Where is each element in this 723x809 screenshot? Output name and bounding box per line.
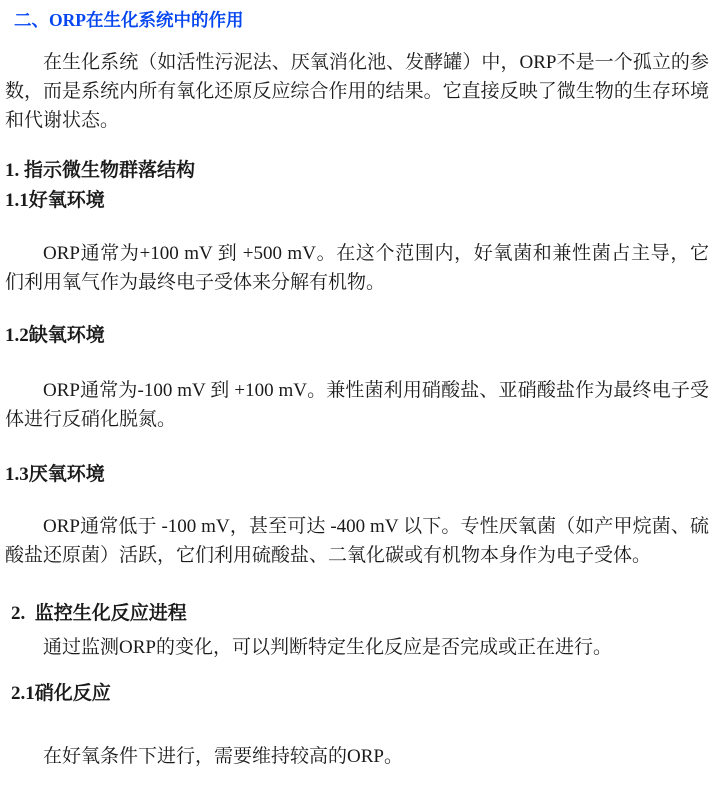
paragraph-aerobic: ORP通常为+100 mV 到 +500 mV。在这个范围内，好氧菌和兼性菌占主… [5, 239, 709, 297]
paragraph-nitrification: 在好氧条件下进行，需要维持较高的ORP。 [5, 742, 709, 771]
heading-section-1-1: 1.1好氧环境 [5, 186, 709, 216]
heading-section-1-2: 1.2缺氧环境 [5, 321, 709, 351]
heading-section-1: 1. 指示微生物群落结构 [5, 156, 709, 186]
intro-paragraph: 在生化系统（如活性污泥法、厌氧消化池、发酵罐）中，ORP不是一个孤立的参数，而是… [5, 48, 709, 135]
paragraph-monitoring: 通过监测ORP的变化，可以判断特定生化反应是否完成或正在进行。 [5, 633, 709, 662]
heading-section-2: 2. 监控生化反应进程 [11, 599, 709, 629]
document-title: 二、ORP在生化系统中的作用 [14, 9, 709, 31]
heading-section-2-1: 2.1硝化反应 [11, 679, 709, 709]
section-1-heading-group: 1. 指示微生物群落结构 1.1好氧环境 [5, 156, 709, 216]
document-page: 二、ORP在生化系统中的作用 在生化系统（如活性污泥法、厌氧消化池、发酵罐）中，… [0, 0, 723, 809]
paragraph-anaerobic: ORP通常低于 -100 mV，甚至可达 -400 mV 以下。专性厌氧菌（如产… [5, 512, 709, 570]
paragraph-anoxic: ORP通常为-100 mV 到 +100 mV。兼性菌利用硝酸盐、亚硝酸盐作为最… [5, 376, 709, 434]
heading-section-1-3: 1.3厌氧环境 [5, 460, 709, 490]
